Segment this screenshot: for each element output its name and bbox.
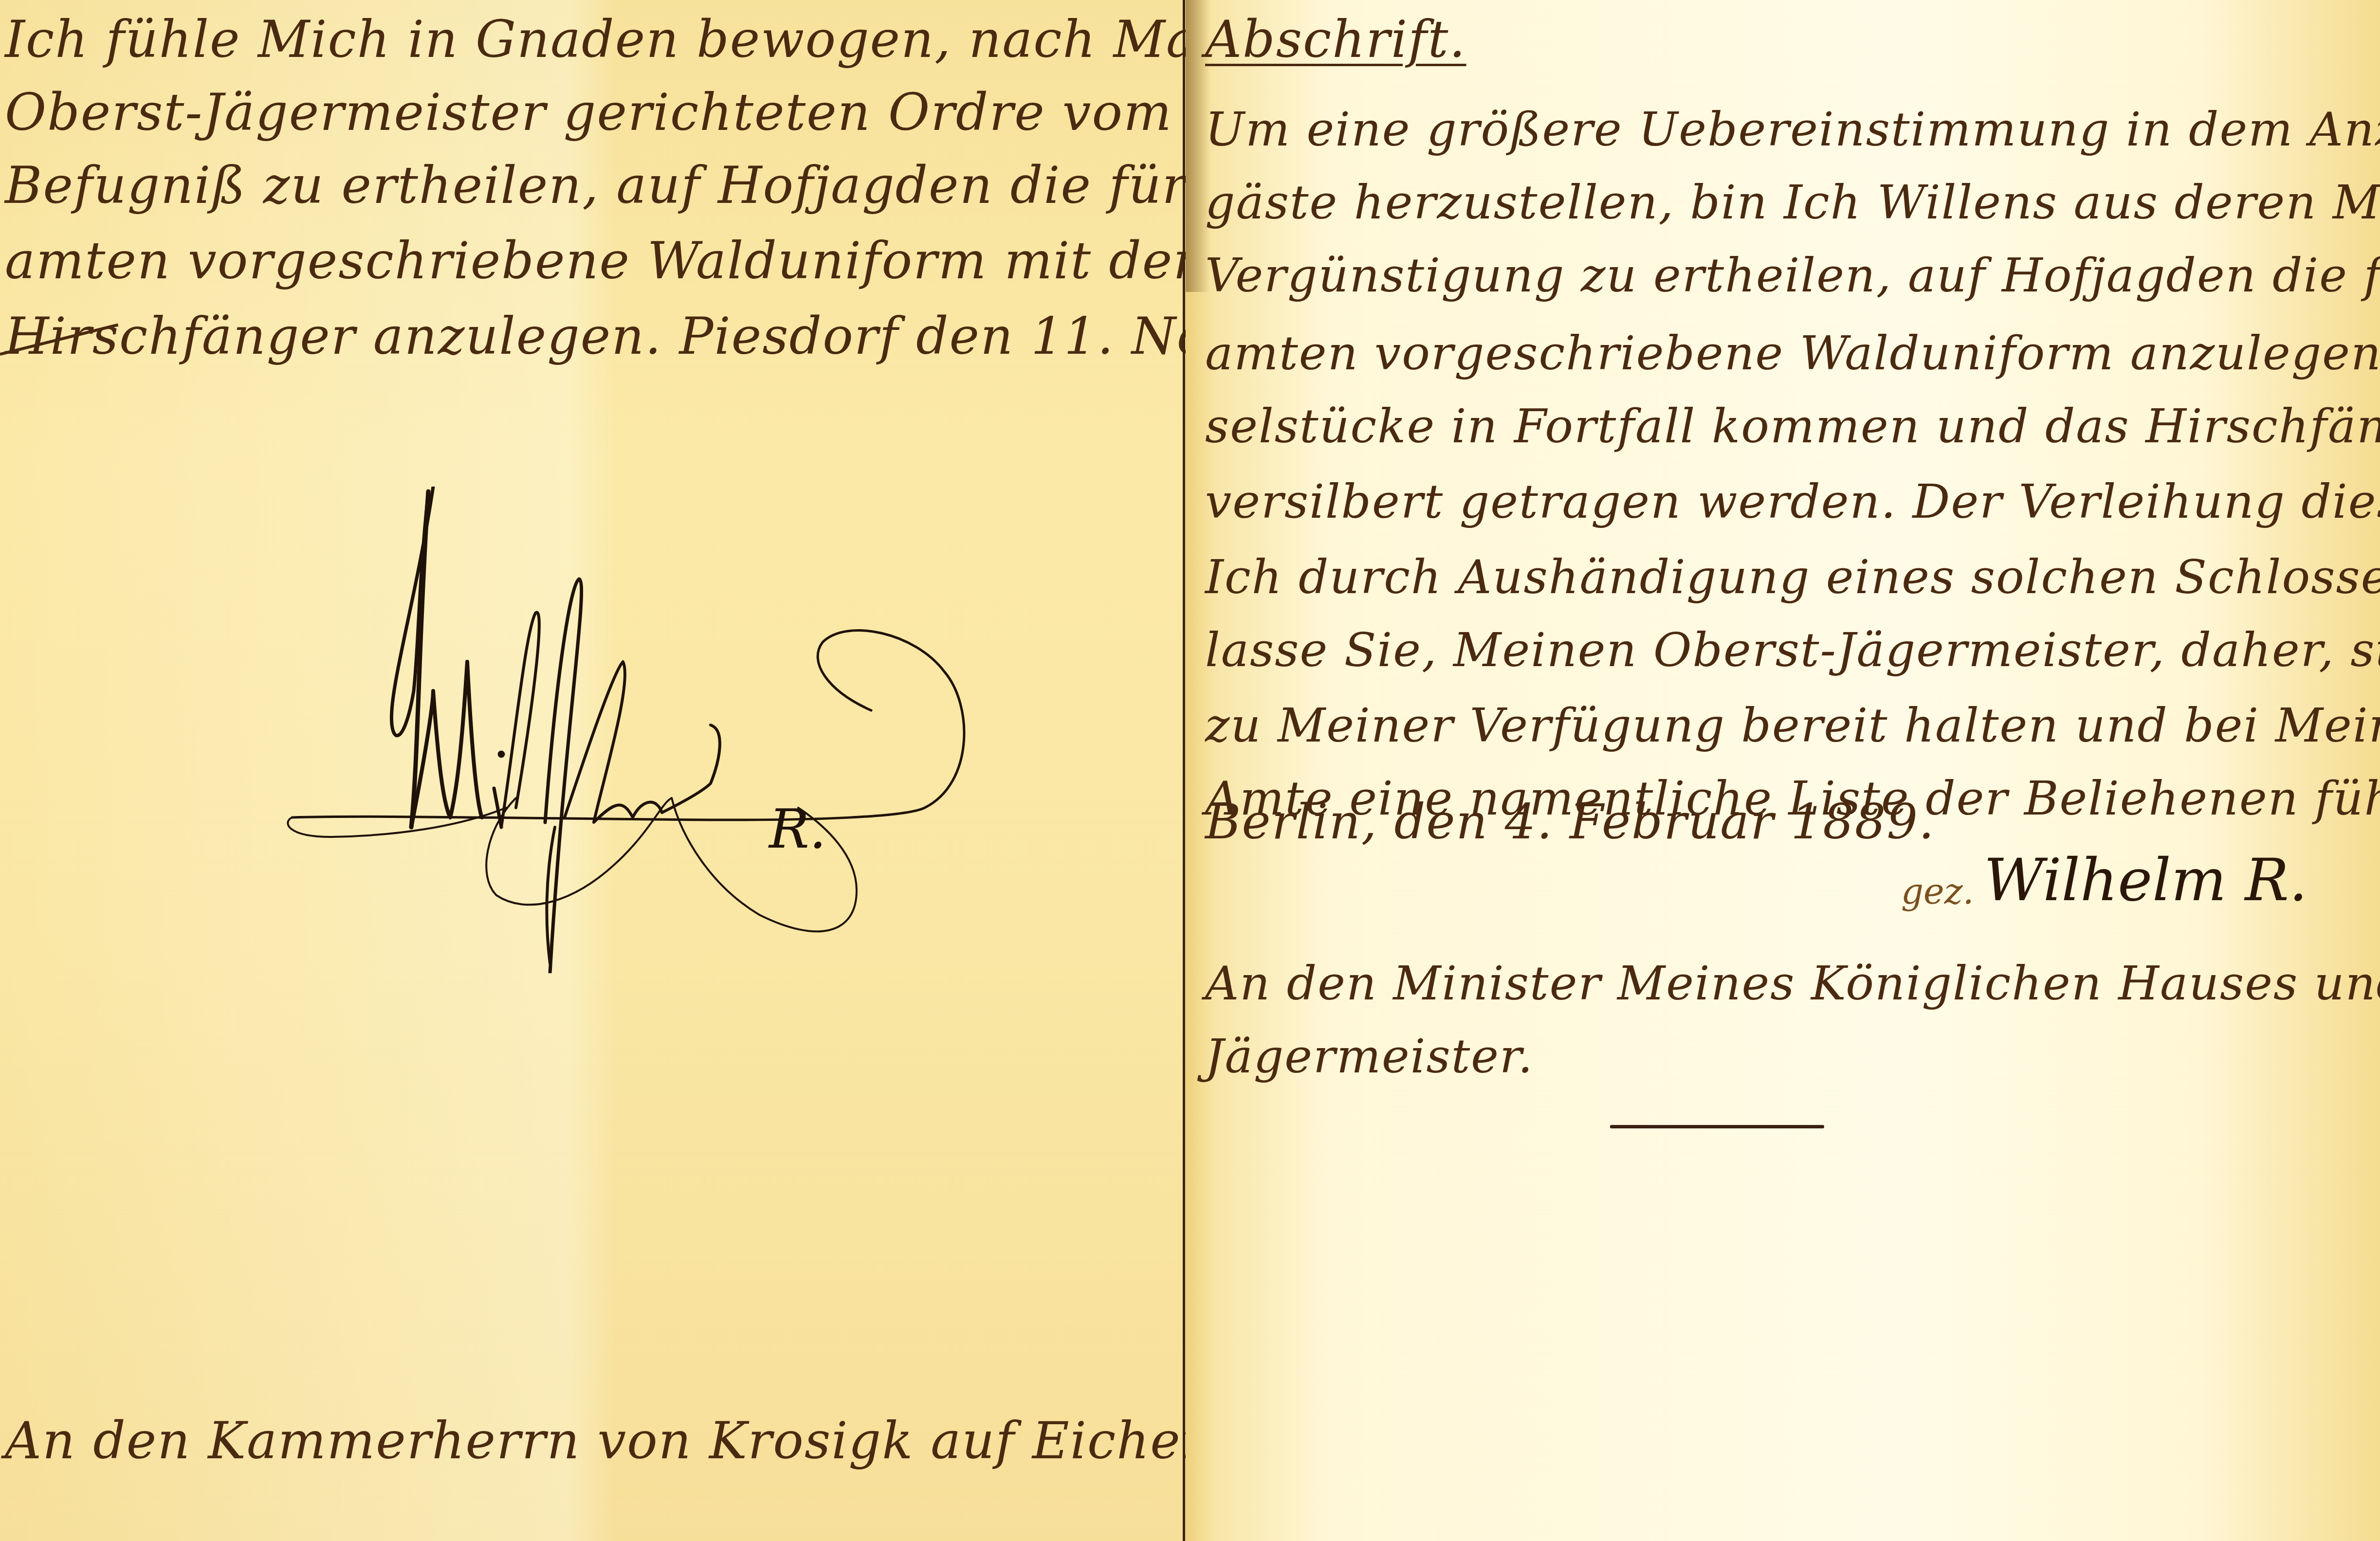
copy-signature-name: Wilhelm R.	[1984, 847, 2307, 914]
copy-line-2: gäste herzustellen, bin Ich Willens aus …	[1205, 175, 2380, 230]
page-divider	[1183, 0, 1185, 1541]
copy-address-line-2: Jägermeister.	[1205, 1029, 1534, 1084]
closing-rule	[1610, 1125, 1824, 1128]
copy-page-right: Abschrift. Um eine größere Uebereinstimm…	[1186, 0, 2380, 1541]
signature-flourish-icon	[273, 487, 1012, 973]
copy-line-9: zu Meiner Verfügung bereit halten und be…	[1205, 698, 2380, 753]
copy-line-7: Ich durch Aushändigung eines solchen Sch…	[1205, 550, 2380, 604]
copy-line-5: selstücke in Fortfall kommen und das Hir…	[1205, 399, 2380, 453]
copy-line-6: versilbert getragen werden. Der Verleihu…	[1205, 474, 2380, 529]
signature-name: Wilhelm	[399, 613, 763, 715]
copy-date-line: Berlin, den 4. Februar 1889.	[1205, 793, 1935, 850]
copy-line-3: Vergünstigung zu ertheilen, auf Hofjagde…	[1205, 248, 2380, 303]
gez-label: gez.	[1901, 871, 1974, 912]
signature-rex-suffix: R.	[769, 798, 826, 860]
copy-line-1: Um eine größere Uebereinstimmung in dem …	[1205, 102, 2380, 157]
copy-line-8: lasse Sie, Meinen Oberst-Jägermeister, d…	[1205, 623, 2380, 677]
copy-heading: Abschrift.	[1205, 10, 1466, 69]
royal-signature: Wilhelm R.	[273, 487, 1012, 973]
copy-line-4: amten vorgeschriebene Walduniform anzule…	[1205, 326, 2380, 381]
copy-address-line-1: An den Minister Meines Königlichen Hause…	[1205, 956, 2380, 1011]
letter-page-left: Ich fühle Mich in Gnaden bewogen, nach M…	[0, 0, 1184, 1541]
